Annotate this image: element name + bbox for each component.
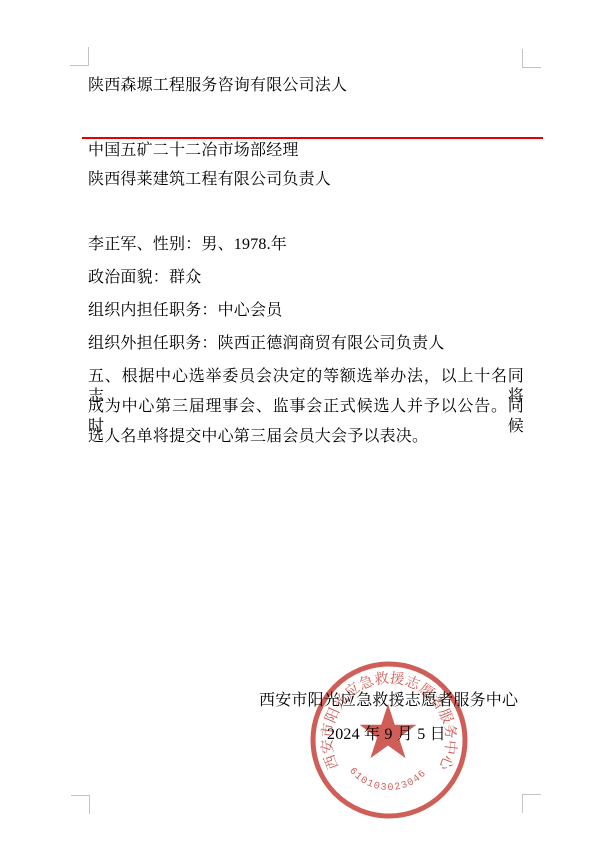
person-info-line: 政治面貌：群众	[88, 268, 201, 288]
crop-mark-top-right	[522, 49, 541, 68]
resolution-paragraph-line: 选人名单将提交中心第三届会员大会予以表决。	[88, 427, 524, 447]
red-divider-line	[82, 137, 543, 139]
header-line: 陕西得莱建筑工程有限公司负责人	[88, 170, 331, 190]
company-title-line: 陕西森塬工程服务咨询有限公司法人	[88, 76, 347, 96]
document-page: 陕西森塬工程服务咨询有限公司法人 中国五矿二十二冶市场部经理 陕西得莱建筑工程有…	[0, 0, 611, 858]
crop-mark-bottom-right	[522, 794, 541, 813]
crop-mark-bottom-left	[71, 795, 90, 814]
official-seal-stamp: 西安市阳光应急救援志愿者服务中心 6101030230462	[307, 658, 471, 822]
person-info-line: 组织内担任职务：中心会员	[88, 301, 282, 321]
crop-mark-top-left	[70, 47, 89, 66]
person-info-line: 李正军、性别：男、1978.年	[88, 235, 287, 255]
star-icon	[360, 704, 417, 758]
person-info-line: 组织外担任职务：陕西正德润商贸有限公司负责人	[88, 334, 444, 354]
header-line: 中国五矿二十二冶市场部经理	[88, 141, 299, 161]
